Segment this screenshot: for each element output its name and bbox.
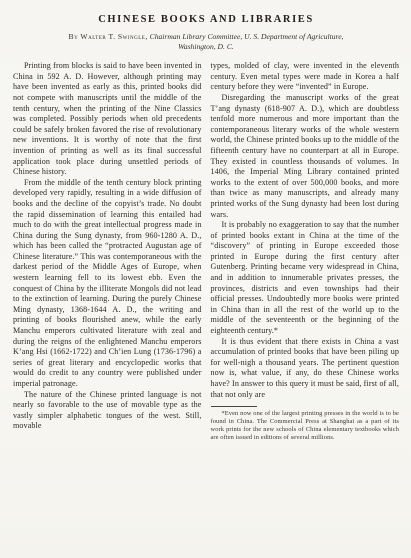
paragraph: Disregarding the manuscript works of the…	[211, 93, 400, 220]
byline-location: Washington, D. C.	[178, 42, 234, 51]
right-column: types, molded of clay, were invented in …	[211, 61, 400, 441]
paragraph: It is thus evident that there exists in …	[211, 337, 400, 401]
two-column-body: Printing from blocks is said to have bee…	[13, 61, 399, 441]
document-page: CHINESE BOOKS AND LIBRARIES By Walter T.…	[0, 0, 411, 558]
byline-role: Chairman Library Committee, U. S. Depart…	[148, 32, 344, 41]
paragraph: The nature of the Chinese printed langua…	[13, 390, 202, 432]
paragraph: It is probably no exaggeration to say th…	[211, 220, 400, 337]
paragraph-continuation: types, molded of clay, were invented in …	[211, 61, 400, 93]
paragraph: Printing from blocks is said to have bee…	[13, 61, 202, 178]
page-title: CHINESE BOOKS AND LIBRARIES	[13, 14, 399, 25]
paragraph: From the middle of the tenth century blo…	[13, 178, 202, 390]
byline: By Walter T. Swingle, Chairman Library C…	[13, 32, 399, 51]
footnote: *Even now one of the largest printing pr…	[211, 410, 400, 441]
footnote-divider	[211, 406, 257, 407]
byline-author: By Walter T. Swingle,	[69, 32, 148, 41]
left-column: Printing from blocks is said to have bee…	[13, 61, 202, 441]
